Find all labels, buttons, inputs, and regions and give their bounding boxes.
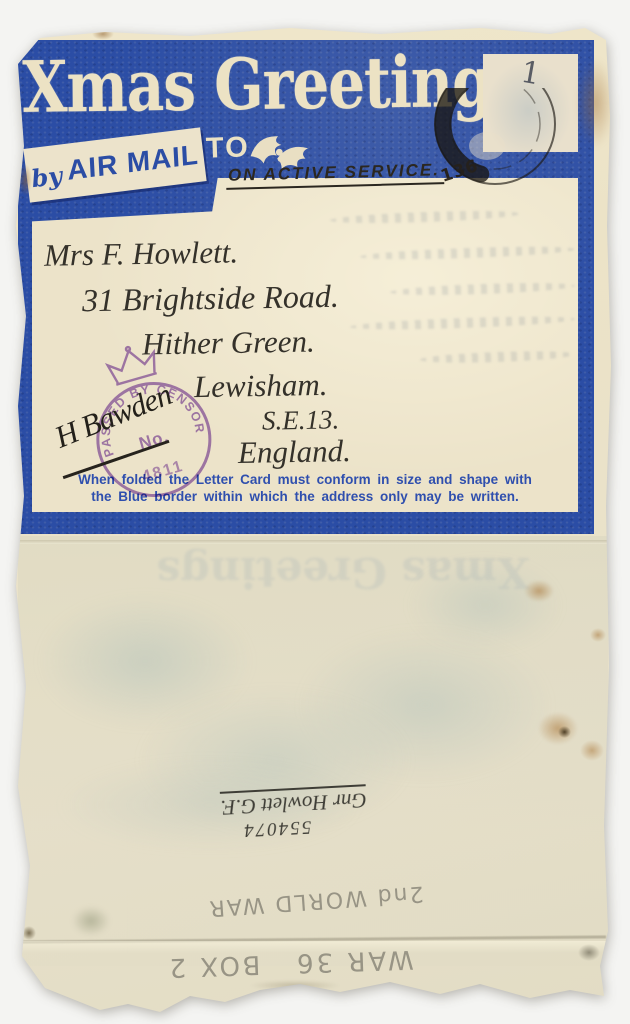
by-label: by <box>30 160 64 193</box>
stain <box>558 726 571 738</box>
address-line: England. <box>238 433 351 471</box>
stain <box>576 58 614 148</box>
stain <box>590 628 606 642</box>
stain <box>19 164 32 196</box>
address-line: 31 Brightside Road. <box>82 278 339 319</box>
censor-number: 4811 <box>140 458 186 486</box>
postmark-number: 136 <box>438 156 481 187</box>
stain <box>524 580 554 602</box>
letter-card: Xmas Greetings 1 by AIR MAIL TO ON ACTIV… <box>0 0 630 1024</box>
stain <box>22 926 36 940</box>
stain <box>578 944 600 961</box>
scanned-letter-card-page: Xmas Greetings 1 by AIR MAIL TO ON ACTIV… <box>0 0 630 1024</box>
paper-layer-highlight <box>20 941 606 953</box>
stain <box>92 28 114 40</box>
show-through-blob <box>410 560 560 650</box>
fold-crease <box>18 540 608 544</box>
card-shadow-wrap: Xmas Greetings 1 by AIR MAIL TO ON ACTIV… <box>0 0 630 1024</box>
stain <box>580 740 604 761</box>
address-line: Mrs F. Howlett. <box>44 234 239 273</box>
stain <box>72 906 110 936</box>
airmail-label: AIR MAIL <box>67 139 200 187</box>
stain <box>250 980 340 991</box>
address-line: S.E.13. <box>262 404 340 436</box>
stain <box>8 290 21 312</box>
